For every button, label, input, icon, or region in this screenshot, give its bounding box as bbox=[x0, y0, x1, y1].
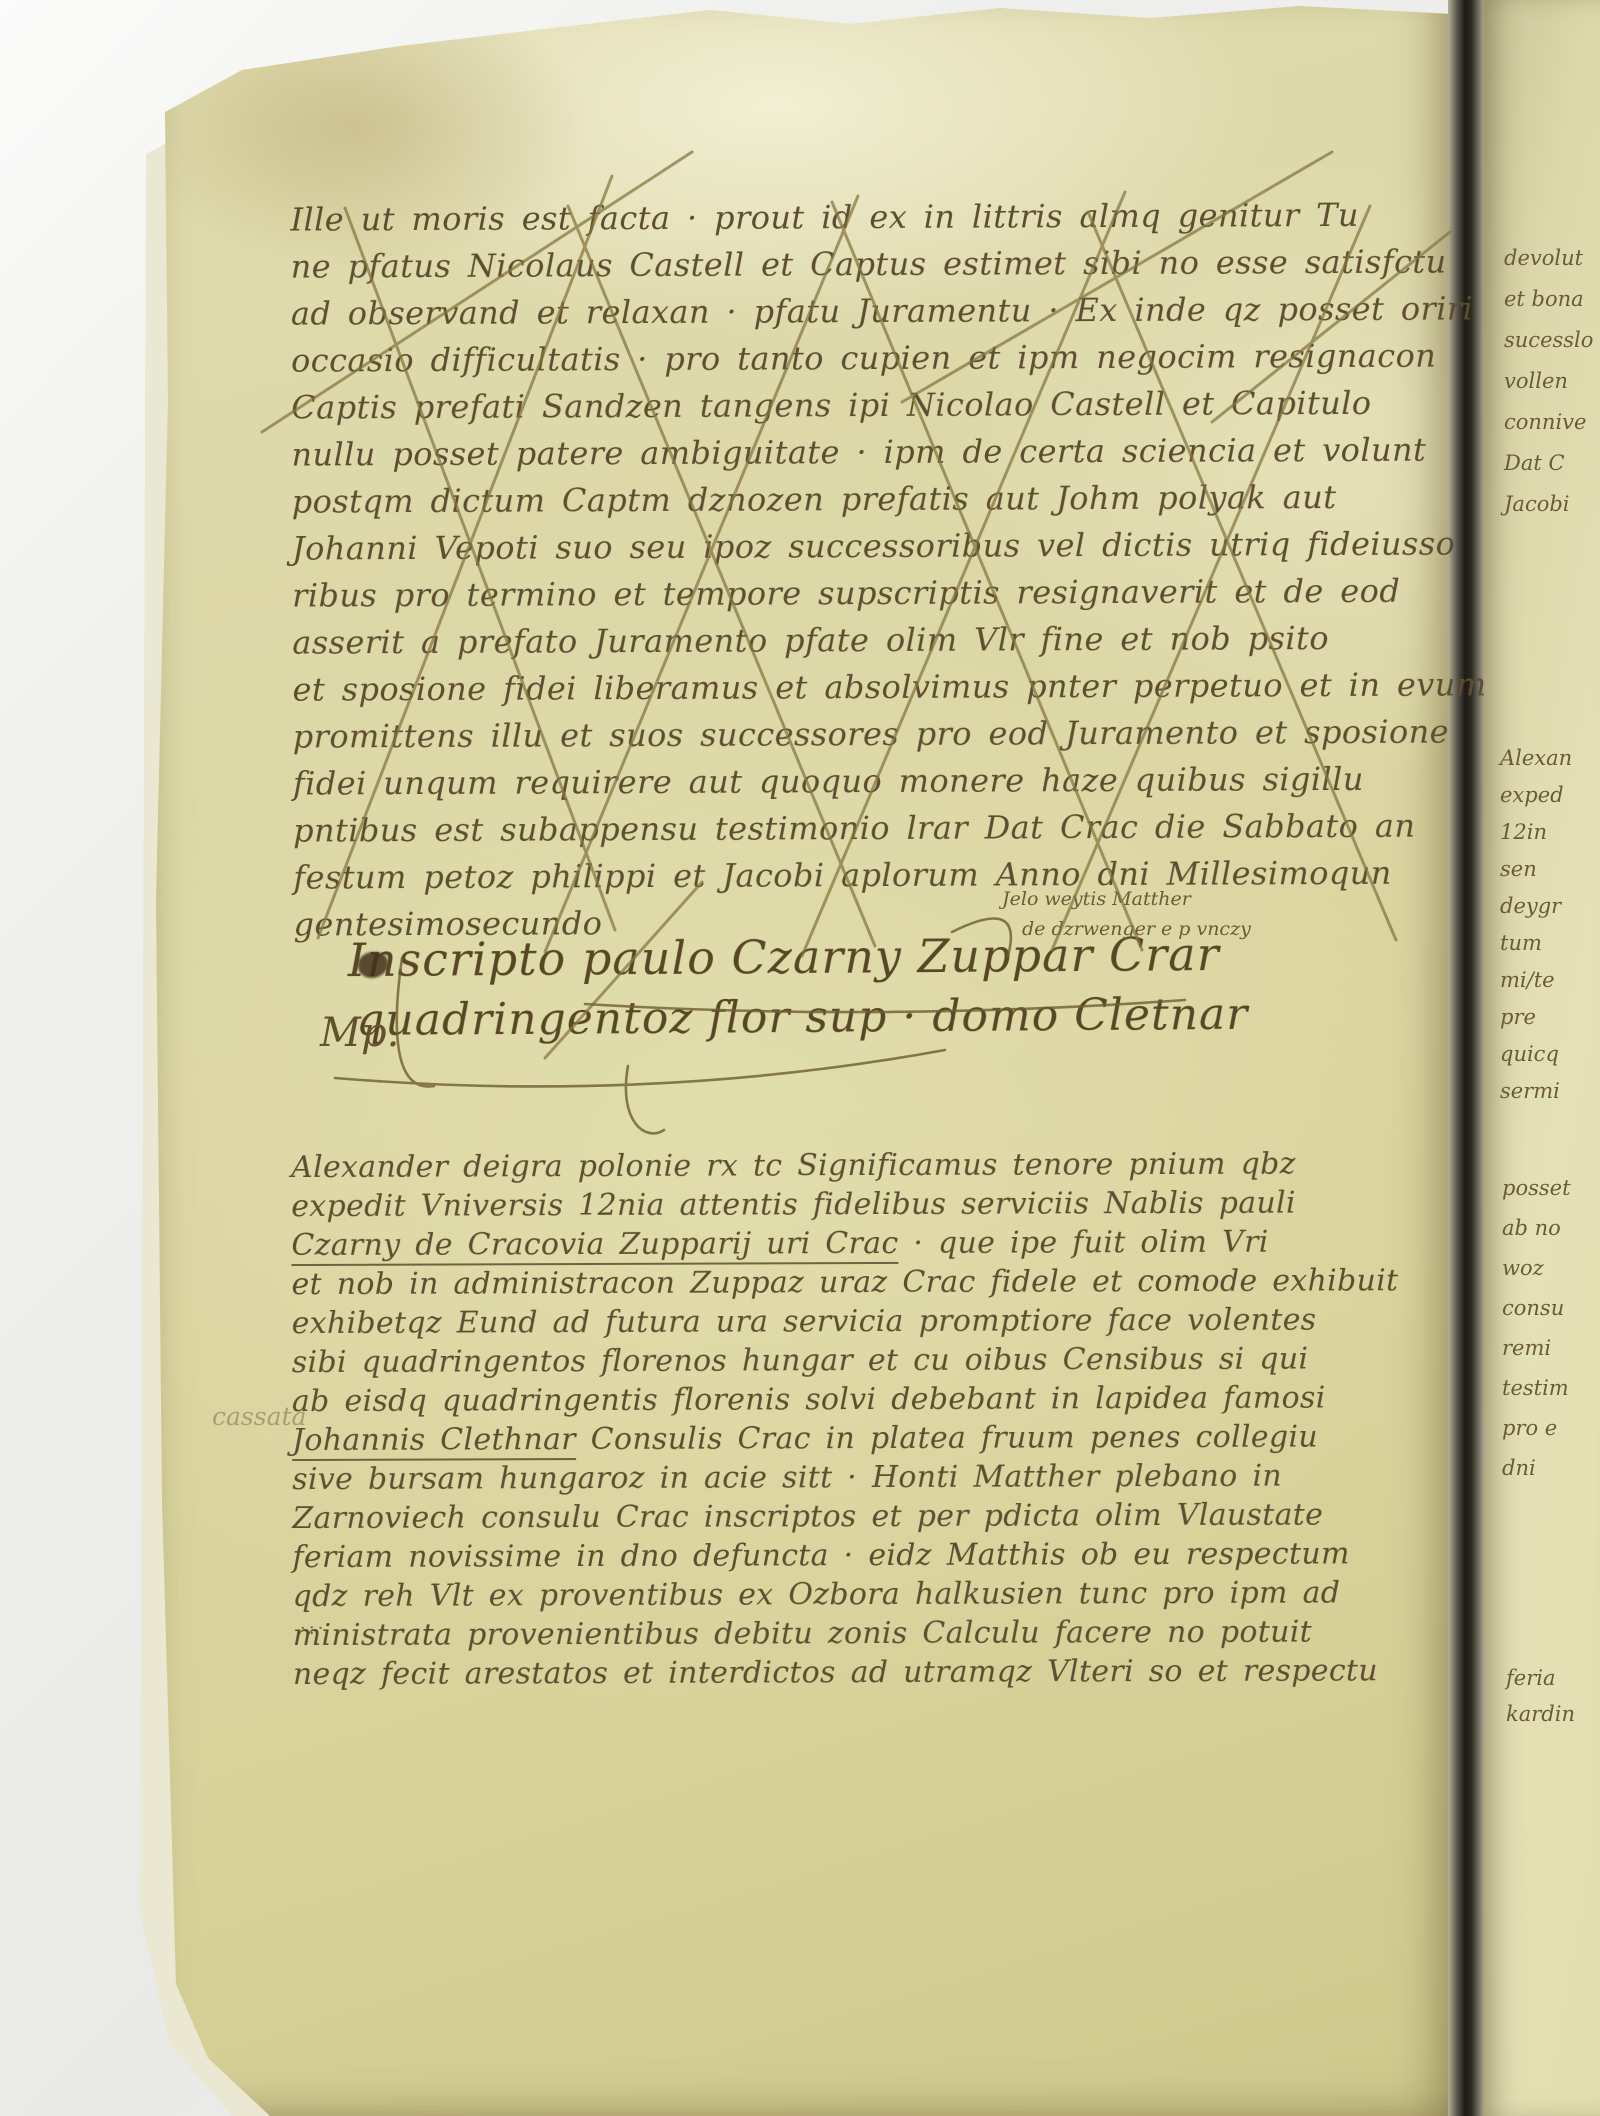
text-line: feriam novissime in dno defuncta · eidz … bbox=[292, 1534, 1460, 1577]
text-segment: qdz reh Vlt ex proventibus ex Ozbora hal… bbox=[293, 1575, 1341, 1614]
text-line: qdz reh Vlt ex proventibus ex Ozbora hal… bbox=[293, 1573, 1461, 1616]
text-line: Alexan bbox=[1500, 740, 1572, 777]
text-line: ab eisdq quadringentis florenis solvi de… bbox=[292, 1378, 1460, 1421]
text-line: ministrata provenientibus debitu zonis C… bbox=[293, 1612, 1461, 1655]
text-line: connive bbox=[1504, 402, 1593, 443]
text-line: et bona bbox=[1504, 279, 1593, 320]
text-line: nullu posset patere ambiguitate · ipm de… bbox=[291, 426, 1459, 478]
text-line: et nob in administracon Zuppaz uraz Crac… bbox=[291, 1261, 1459, 1304]
text-segment: Zarnoviech consulu Crac inscriptos et pe… bbox=[292, 1497, 1323, 1536]
text-line: testim bbox=[1502, 1368, 1571, 1408]
text-line: asserit a prefato Juramento pfate olim V… bbox=[292, 614, 1460, 666]
facing-page-text-block-4: feriakardin bbox=[1506, 1660, 1575, 1732]
right-page: devolutet bonasucesslovollenconniveDat C… bbox=[1482, 0, 1600, 2116]
text-line: consu bbox=[1502, 1288, 1571, 1328]
text-line: postqm dictum Captm dznozen prefatis aut… bbox=[292, 473, 1460, 525]
underlined-text: Johannis Clethnar bbox=[292, 1422, 576, 1461]
text-line: neqz fecit arestatos et interdictos ad u… bbox=[293, 1651, 1461, 1694]
interlinear-note-line-2: de dzrwenger e p vnczy bbox=[1022, 914, 1251, 944]
text-line: festum petoz philippi et Jacobi aplorum … bbox=[293, 849, 1461, 901]
text-line: mi/te bbox=[1500, 962, 1572, 999]
cancelled-entry-paragraph: Ille ut moris est facta · prout id ex in… bbox=[290, 191, 1461, 948]
text-line: remi bbox=[1502, 1328, 1571, 1368]
margin-mark-mp: Mp. bbox=[320, 1010, 399, 1056]
text-line: Ille ut moris est facta · prout id ex in… bbox=[290, 191, 1458, 243]
text-line: sibi quadringentos florenos hungar et cu… bbox=[292, 1339, 1460, 1382]
text-line: dni bbox=[1502, 1448, 1571, 1488]
text-line: sucesslo bbox=[1504, 320, 1593, 361]
text-line: Zarnoviech consulu Crac inscriptos et pe… bbox=[292, 1495, 1460, 1538]
text-line: sen bbox=[1500, 851, 1572, 888]
text-line: Alexander deigra polonie rx tc Significa… bbox=[291, 1144, 1459, 1187]
text-line: sermi bbox=[1500, 1073, 1572, 1110]
text-line: sive bursam hungaroz in acie sitt · Hont… bbox=[292, 1456, 1460, 1499]
text-line: tum bbox=[1500, 925, 1572, 962]
text-segment: Consulis Crac in platea fruum penes coll… bbox=[576, 1419, 1318, 1457]
heading-line-2: quadringentoz flor sup · domo Cletnar bbox=[356, 989, 1248, 1046]
text-line: pre bbox=[1500, 999, 1572, 1036]
interlinear-note: Jelo weytis Matther de dzrwenger e p vnc… bbox=[1002, 884, 1251, 944]
text-segment: ab eisdq quadringentis florenis solvi de… bbox=[292, 1380, 1326, 1419]
text-line: exped bbox=[1500, 777, 1572, 814]
text-line: 12in bbox=[1500, 814, 1572, 851]
text-segment: Alexander deigra polonie rx tc Significa… bbox=[291, 1147, 1296, 1186]
text-line: pro e bbox=[1502, 1408, 1571, 1448]
facing-page-text-block-3: possetab nowozconsuremitestimpro edni bbox=[1502, 1168, 1571, 1488]
interlinear-note-line-1: Jelo weytis Matther bbox=[1002, 884, 1251, 914]
text-line: ab no bbox=[1502, 1208, 1571, 1248]
text-segment: exhibetqz Eund ad futura ura servicia pr… bbox=[292, 1302, 1317, 1341]
underlined-text: Czarny de Cracovia Zupparij uri Crac bbox=[291, 1226, 898, 1266]
text-line: expedit Vniversis 12nia attentis fidelib… bbox=[291, 1183, 1459, 1226]
text-line: quicq bbox=[1500, 1036, 1572, 1073]
text-line: kardin bbox=[1506, 1696, 1575, 1732]
text-line: pntibus est subappensu testimonio lrar D… bbox=[293, 802, 1461, 854]
text-line: Dat C bbox=[1504, 443, 1593, 484]
text-line: woz bbox=[1502, 1248, 1571, 1288]
text-line: Jacobi bbox=[1504, 484, 1593, 525]
text-line: ad observand et relaxan · pfatu Jurament… bbox=[291, 285, 1459, 337]
text-line: et sposione fidei liberamus et absolvimu… bbox=[292, 661, 1460, 713]
entry-heading: Inscripto paulo Czarny Zuppar Crar quadr… bbox=[348, 927, 1249, 1046]
text-line: posset bbox=[1502, 1168, 1571, 1208]
text-line: ribus pro termino et tempore supscriptis… bbox=[292, 567, 1460, 619]
text-line: deygr bbox=[1500, 888, 1572, 925]
text-line: fidei unqum requirere aut quoquo monere … bbox=[293, 755, 1461, 807]
text-line: Johanni Vepoti suo seu ipoz successoribu… bbox=[292, 520, 1460, 572]
text-line: vollen bbox=[1504, 361, 1593, 402]
text-line: Czarny de Cracovia Zupparij uri Crac · q… bbox=[291, 1222, 1459, 1265]
text-line: devolut bbox=[1504, 238, 1593, 279]
text-segment: · que ipe fuit olim Vri bbox=[898, 1225, 1268, 1261]
text-line: ne pfatus Nicolaus Castell et Captus est… bbox=[291, 238, 1459, 290]
text-segment: sive bursam hungaroz in acie sitt · Hont… bbox=[292, 1459, 1282, 1497]
text-line: occasio difficultatis · pro tanto cupien… bbox=[291, 332, 1459, 384]
text-segment: sibi quadringentos florenos hungar et cu… bbox=[292, 1341, 1309, 1380]
text-line: exhibetqz Eund ad futura ura servicia pr… bbox=[292, 1300, 1460, 1343]
text-segment: neqz fecit arestatos et interdictos ad u… bbox=[293, 1653, 1378, 1692]
text-segment: feriam novissime in dno defuncta · eidz … bbox=[292, 1536, 1349, 1575]
facing-page-text-block-2: Alexanexped12insendeygrtummi/teprequicqs… bbox=[1500, 740, 1572, 1110]
text-segment: expedit Vniversis 12nia attentis fidelib… bbox=[291, 1186, 1296, 1225]
text-segment: et nob in administracon Zuppaz uraz Crac… bbox=[291, 1263, 1398, 1302]
facing-page-text-block-1: devolutet bonasucesslovollenconniveDat C… bbox=[1504, 238, 1593, 525]
text-line: Johannis Clethnar Consulis Crac in plate… bbox=[292, 1417, 1460, 1460]
text-line: feria bbox=[1506, 1660, 1575, 1696]
text-line: promittens illu et suos successores pro … bbox=[293, 708, 1461, 760]
text-line: Captis prefati Sandzen tangens ipi Nicol… bbox=[291, 379, 1459, 431]
second-entry-paragraph: Alexander deigra polonie rx tc Significa… bbox=[291, 1144, 1461, 1694]
manuscript-photo: devolutet bonasucesslovollenconniveDat C… bbox=[0, 0, 1600, 2116]
text-segment: ministrata provenientibus debitu zonis C… bbox=[293, 1614, 1312, 1653]
